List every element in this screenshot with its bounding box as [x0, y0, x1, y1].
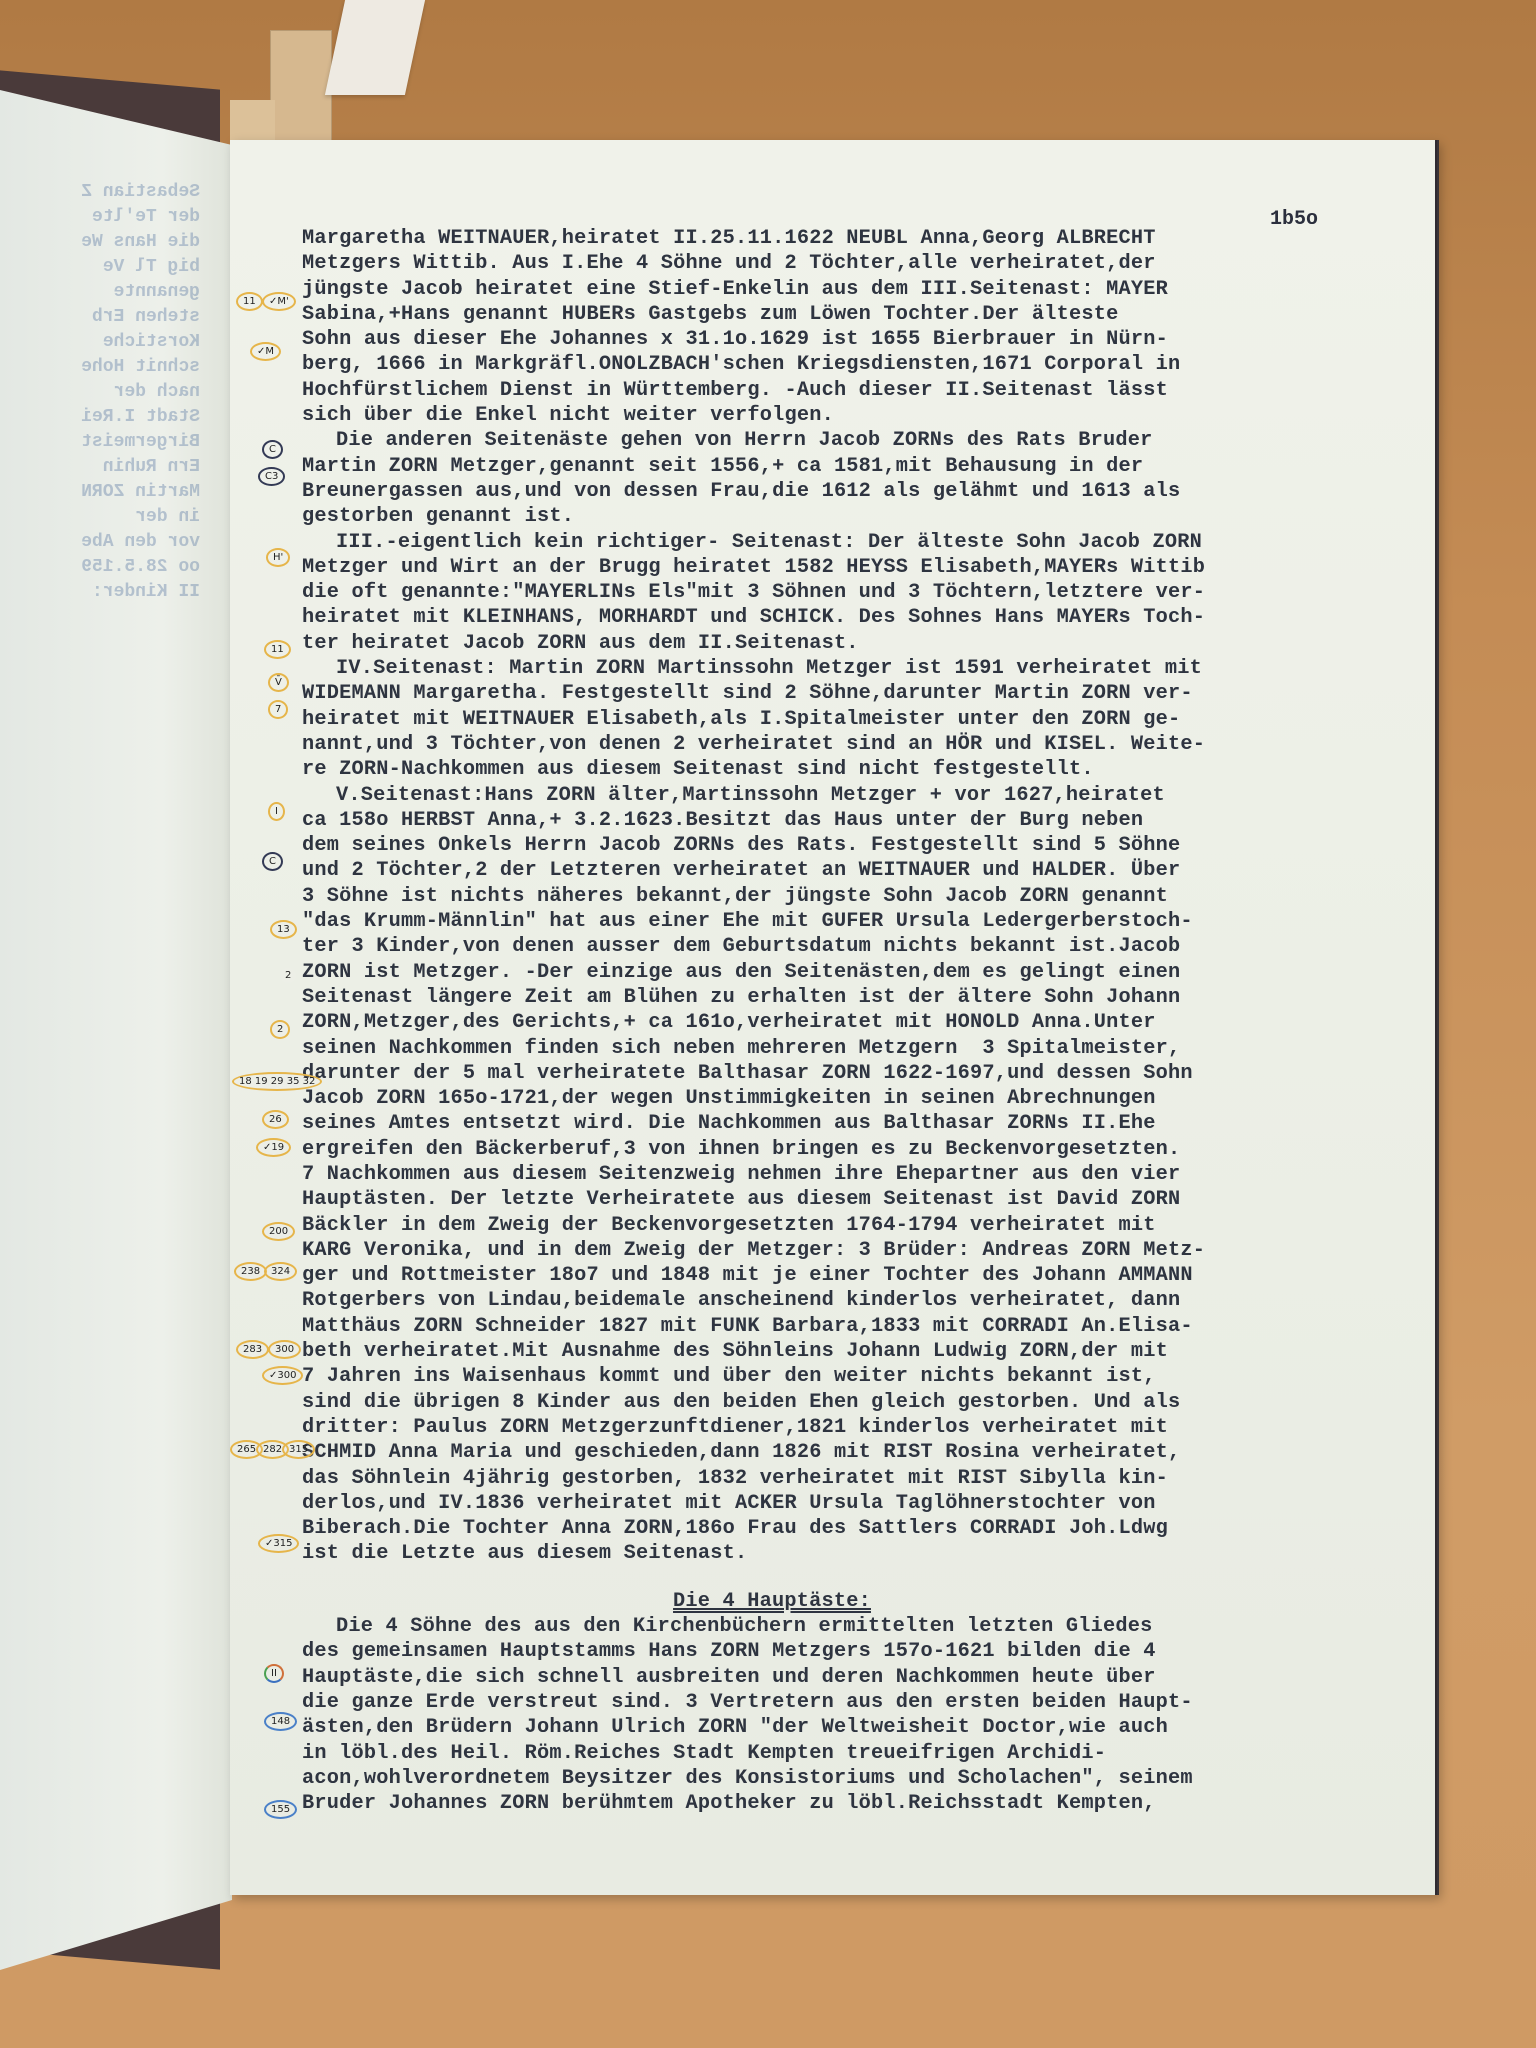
- text-line: heiratet mit KLEINHANS, MORHARDT und SCH…: [302, 605, 1422, 630]
- text-line: 7 Jahren ins Waisenhaus kommt und über d…: [302, 1364, 1422, 1389]
- text-line: und 2 Töchter,2 der Letzteren verheirate…: [302, 858, 1422, 883]
- margin-note-marker: 238: [234, 1262, 267, 1281]
- text-line: Biberach.Die Tochter Anna ZORN,186o Frau…: [302, 1516, 1422, 1541]
- paper-bookmark-strip: [325, 0, 425, 95]
- text-line: sich über die Enkel nicht weiter verfolg…: [302, 403, 1422, 428]
- text-line: ergreifen den Bäckerberuf,3 von ihnen br…: [302, 1137, 1422, 1162]
- text-line: ter heiratet Jacob ZORN aus dem II.Seite…: [302, 631, 1422, 656]
- text-line: ger und Rottmeister 18o7 und 1848 mit je…: [302, 1263, 1422, 1288]
- text-line: darunter der 5 mal verheiratete Balthasa…: [302, 1061, 1422, 1086]
- text-line: III.-eigentlich kein richtiger- Seitenas…: [302, 530, 1422, 555]
- text-line: Hauptäste,die sich schnell ausbreiten un…: [302, 1665, 1422, 1690]
- text-line: Matthäus ZORN Schneider 1827 mit FUNK Ba…: [302, 1314, 1422, 1339]
- text-line: derlos,und IV.1836 verheiratet mit ACKER…: [302, 1491, 1422, 1516]
- text-line: Breunergassen aus,und von dessen Frau,di…: [302, 479, 1422, 504]
- text-line: V.Seitenast:Hans ZORN älter,Martinssohn …: [302, 783, 1422, 808]
- text-line: SCHMID Anna Maria und geschieden,dann 18…: [302, 1440, 1422, 1465]
- text-line: seines Amtes entsetzt wird. Die Nachkomm…: [302, 1111, 1422, 1136]
- text-line: beth verheiratet.Mit Ausnahme des Söhnle…: [302, 1339, 1422, 1364]
- text-line: ZORN ist Metzger. -Der einzige aus den S…: [302, 960, 1422, 985]
- text-line: Bäckler in dem Zweig der Beckenvorgesetz…: [302, 1213, 1422, 1238]
- margin-note-marker: 11: [236, 292, 263, 311]
- text-line: Metzger und Wirt an der Brugg heiratet 1…: [302, 555, 1422, 580]
- margin-note-marker: 155: [264, 1800, 297, 1819]
- margin-note-marker: ✓M: [250, 342, 281, 361]
- text-line: dem seines Onkels Herrn Jacob ZORNs des …: [302, 833, 1422, 858]
- text-line: Margaretha WEITNAUER,heiratet II.25.11.1…: [302, 226, 1422, 251]
- margin-note-marker: 315: [282, 1440, 315, 1459]
- text-line: acon,wohlverordnetem Beysitzer des Konsi…: [302, 1766, 1422, 1791]
- text-line: in löbl.des Heil. Röm.Reiches Stadt Kemp…: [302, 1741, 1422, 1766]
- margin-note-marker: C: [262, 852, 283, 871]
- text-line: die ganze Erde verstreut sind. 3 Vertret…: [302, 1690, 1422, 1715]
- left-page-show-through-text: Sebastian Z der Te'lte die Hans We big T…: [0, 180, 200, 605]
- text-line: das Söhnlein 4jährig gestorben, 1832 ver…: [302, 1466, 1422, 1491]
- text-line: nannt,und 3 Töchter,von denen 2 verheira…: [302, 732, 1422, 757]
- text-line: jüngste Jacob heiratet eine Stief-Enkeli…: [302, 277, 1422, 302]
- text-line: 3 Söhne ist nichts näheres bekannt,der j…: [302, 884, 1422, 909]
- text-line: seinen Nachkommen finden sich neben mehr…: [302, 1036, 1422, 1061]
- text-line: WIDEMANN Margaretha. Festgestellt sind 2…: [302, 681, 1422, 706]
- text-line: KARG Veronika, und in dem Zweig der Metz…: [302, 1238, 1422, 1263]
- margin-note-marker: 200: [262, 1222, 295, 1241]
- text-line: ZORN,Metzger,des Gerichts,+ ca 161o,verh…: [302, 1010, 1422, 1035]
- text-line: Die anderen Seitenäste gehen von Herrn J…: [302, 428, 1422, 453]
- text-line: Sohn aus dieser Ehe Johannes x 31.1o.162…: [302, 327, 1422, 352]
- section-heading: Die 4 Hauptäste:: [302, 1589, 1422, 1614]
- margin-note-marker: ✓19: [256, 1138, 291, 1157]
- margin-note-marker: 26: [262, 1110, 289, 1129]
- margin-note-marker: 11: [264, 640, 291, 659]
- text-line: heiratet mit WEITNAUER Elisabeth,als I.S…: [302, 707, 1422, 732]
- margin-note-marker: 18 19 29 35 32: [232, 1072, 322, 1091]
- margin-note-marker: 300: [268, 1340, 301, 1359]
- text-line: Metzgers Wittib. Aus I.Ehe 4 Söhne und 2…: [302, 251, 1422, 276]
- text-line: Die 4 Söhne des aus den Kirchenbüchern e…: [302, 1614, 1422, 1639]
- text-line: Hauptästen. Der letzte Verheiratete aus …: [302, 1187, 1422, 1212]
- margin-note-marker: II: [264, 1664, 284, 1683]
- text-line: ca 158o HERBST Anna,+ 3.2.1623.Besitzt d…: [302, 808, 1422, 833]
- text-line: Jacob ZORN 165o-1721,der wegen Unstimmig…: [302, 1086, 1422, 1111]
- text-line: gestorben genannt ist.: [302, 504, 1422, 529]
- margin-note-marker: ✓M': [262, 292, 296, 311]
- margin-note-marker: 148: [264, 1712, 297, 1731]
- text-line: Hochfürstlichem Dienst in Württemberg. -…: [302, 378, 1422, 403]
- text-line: ter 3 Kinder,von denen ausser dem Geburt…: [302, 934, 1422, 959]
- bookmark-block-small: [230, 100, 275, 145]
- margin-note-marker: V̄: [268, 673, 289, 692]
- text-line: ästen,den Brüdern Johann Ulrich ZORN "de…: [302, 1715, 1422, 1740]
- text-line: Rotgerbers von Lindau,beidemale anschein…: [302, 1288, 1422, 1313]
- text-line: sind die übrigen 8 Kinder aus den beiden…: [302, 1390, 1422, 1415]
- margin-note-marker: 283: [236, 1340, 269, 1359]
- text-line: re ZORN-Nachkommen aus diesem Seitenast …: [302, 757, 1422, 782]
- text-line: IV.Seitenast: Martin ZORN Martinssohn Me…: [302, 656, 1422, 681]
- text-line: Sabina,+Hans genannt HUBERs Gastgebs zum…: [302, 302, 1422, 327]
- text-line: "das Krumm-Männlin" hat aus einer Ehe mi…: [302, 909, 1422, 934]
- text-line: Seitenast längere Zeit am Blühen zu erha…: [302, 985, 1422, 1010]
- margin-note-marker: 324: [264, 1262, 297, 1281]
- margin-note-marker: 13: [270, 920, 297, 939]
- text-line: 7 Nachkommen aus diesem Seitenzweig nehm…: [302, 1162, 1422, 1187]
- text-line: des gemeinsamen Hauptstamms Hans ZORN Me…: [302, 1639, 1422, 1664]
- margin-note-marker: C: [262, 440, 283, 459]
- bookmark-block: [270, 30, 332, 147]
- text-line: Bruder Johannes ZORN berühmtem Apotheker…: [302, 1791, 1422, 1816]
- document-body: Margaretha WEITNAUER,heiratet II.25.11.1…: [302, 226, 1422, 1816]
- margin-note-marker: I: [268, 802, 285, 821]
- text-line: die oft genannte:"MAYERLINs Els"mit 3 Sö…: [302, 580, 1422, 605]
- text-line: ist die Letzte aus diesem Seitenast.: [302, 1541, 1422, 1566]
- text-line: berg, 1666 in Markgräfl.ONOLZBACH'schen …: [302, 352, 1422, 377]
- left-page: Sebastian Z der Te'lte die Hans We big T…: [0, 90, 232, 1970]
- text-line: Martin ZORN Metzger,genannt seit 1556,+ …: [302, 454, 1422, 479]
- text-line: dritter: Paulus ZORN Metzgerzunftdiener,…: [302, 1415, 1422, 1440]
